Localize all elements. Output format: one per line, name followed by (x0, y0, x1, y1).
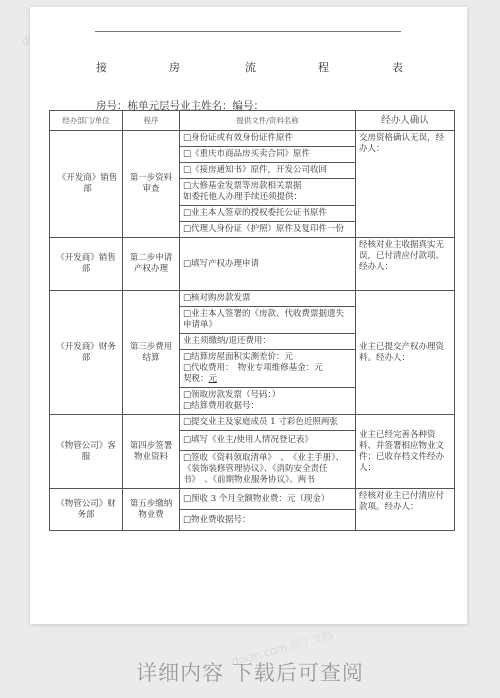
doc-item[interactable]: □签收《资料领取清单》 、 《业主手册》、《装饰装修管理协议》、《消防安全责任书… (180, 451, 356, 489)
title-char: 房 (169, 59, 180, 75)
dept-cell: 《开发商》销售部 (50, 238, 123, 291)
handover-table: 经办部门/单位 程序 提供文件/资料名称 经办人确认 《开发商》销售部 第一步资… (49, 110, 455, 531)
doc-item[interactable]: □《接房通知书》原件，开发公司收回 (180, 163, 356, 179)
table-header-row: 经办部门/单位 程序 提供文件/资料名称 经办人确认 (50, 111, 455, 131)
table-row: 《开发商》财务部 第三步费用结算 □核对购房款发票 业主已提交产权办理资料。经办… (50, 291, 455, 307)
doc-item[interactable]: □预收 3 个月全额物业费：元（现金） (180, 489, 356, 510)
doc-item[interactable]: □物业费收据号： (180, 510, 356, 531)
step-cell: 第一步资料审查 (123, 131, 180, 238)
doc-item[interactable]: □业主本人签署的《房款、代收费票据遗失申请单》 (180, 307, 356, 334)
document-page: 接 房 流 程 表 房号：栋单元层号业主姓名：编号： 经办部门/单位 程序 提供… (30, 7, 467, 624)
dept-cell: 《物管公司》客服 (50, 415, 123, 489)
doc-item[interactable]: □业主本人签章的授权委托公证书原件 (180, 206, 356, 222)
header-confirm: 经办人确认 (356, 111, 455, 131)
doc-item[interactable]: □代收费用： 物业专项维修基金：元 (183, 363, 352, 374)
confirm-cell: 经核对业主收据真实无误，已付清应付款项。经办人： (356, 238, 455, 291)
dept-cell: 《物管公司》财务部 (50, 489, 123, 531)
document-title: 接 房 流 程 表 (30, 59, 467, 79)
deed-tax-label: 契税： (183, 374, 209, 384)
step-cell: 第五步缴纳物业费 (123, 489, 180, 531)
doc-item[interactable]: □结算费用收据号： (183, 401, 352, 412)
step-cell: 第四步签署物业资料 (123, 415, 180, 489)
confirm-cell: 经核对业主已付清应付款项。经办人： (356, 489, 455, 531)
confirm-cell: 业主已提交产权办理资料。经办人： (356, 291, 455, 415)
dept-text: 《开发商》销售部 (56, 173, 119, 195)
step-cell: 第二步申请产权办理 (123, 238, 180, 291)
header-dept: 经办部门/单位 (50, 111, 123, 131)
doc-item[interactable]: □《重庆市商品房买卖合同》原件 (180, 147, 356, 163)
title-char: 流 (245, 59, 256, 75)
doc-item-group: □结算房屋面积实测差价：元 □代收费用： 物业专项维修基金：元 契税：元 (180, 350, 356, 388)
table-row: 《物管公司》客服 第四步签署物业资料 □提交业主及家庭成员 1 寸彩色近照两张 … (50, 415, 455, 431)
doc-item[interactable]: □代理人身份证（护照）原件及复印件一份 (180, 222, 356, 238)
doc-note: 业主须缴纳/退还费用： (180, 334, 356, 350)
doc-item[interactable]: □大修基金发票等房款相关票据 (183, 181, 352, 192)
step-cell: 第三步费用结算 (123, 291, 180, 415)
table-row: 《物管公司》财务部 第五步缴纳物业费 □预收 3 个月全额物业费：元（现金） 经… (50, 489, 455, 510)
doc-line: 契税：元 (183, 374, 352, 385)
doc-item[interactable]: □核对购房款发票 (180, 291, 356, 307)
doc-item-group: □大修基金发票等房款相关票据 如委托他人办理手续还须提供： (180, 179, 356, 206)
dept-cell: 《开发商》销售部 (50, 131, 123, 238)
doc-item-group: □领取房款发票（号码：） □结算费用收据号： (180, 388, 356, 415)
doc-item[interactable]: □身份证或有效身份证件原件 (180, 131, 356, 147)
title-char: 表 (392, 59, 403, 75)
confirm-cell: 业主已经完善各种资料、并签署相应物业文件；已收存档文件经办人： (356, 415, 455, 489)
header-step: 程序 (123, 111, 180, 131)
header-docs: 提供文件/资料名称 (180, 111, 356, 131)
download-prompt[interactable]: 详细内容 下载后可查阅 (0, 657, 500, 687)
doc-item[interactable]: □结算房屋面积实测差价：元 (183, 352, 352, 363)
dept-cell: 《开发商》财务部 (50, 291, 123, 415)
doc-item[interactable]: □领取房款发票（号码：） (183, 390, 352, 401)
table-row: 《开发商》销售部 第一步资料审查 □身份证或有效身份证件原件 交房资格确认无误，… (50, 131, 455, 147)
table-row: 《开发商》销售部 第二步申请产权办理 □填写产权办理申请 经核对业主收据真实无误… (50, 238, 455, 291)
confirm-cell: 交房资格确认无误，经办人： (356, 131, 455, 238)
doc-item[interactable]: □提交业主及家庭成员 1 寸彩色近照两张 (180, 415, 356, 431)
deed-tax-unit: 元 (209, 374, 218, 384)
doc-note: 如委托他人办理手续还须提供： (183, 192, 352, 203)
doc-item[interactable]: □填写产权办理申请 (180, 238, 356, 291)
title-char: 程 (318, 59, 329, 75)
doc-item[interactable]: □填写《业主/使用人情况登记表》 (180, 431, 356, 451)
header-rule (95, 31, 401, 32)
title-char: 接 (96, 59, 107, 75)
